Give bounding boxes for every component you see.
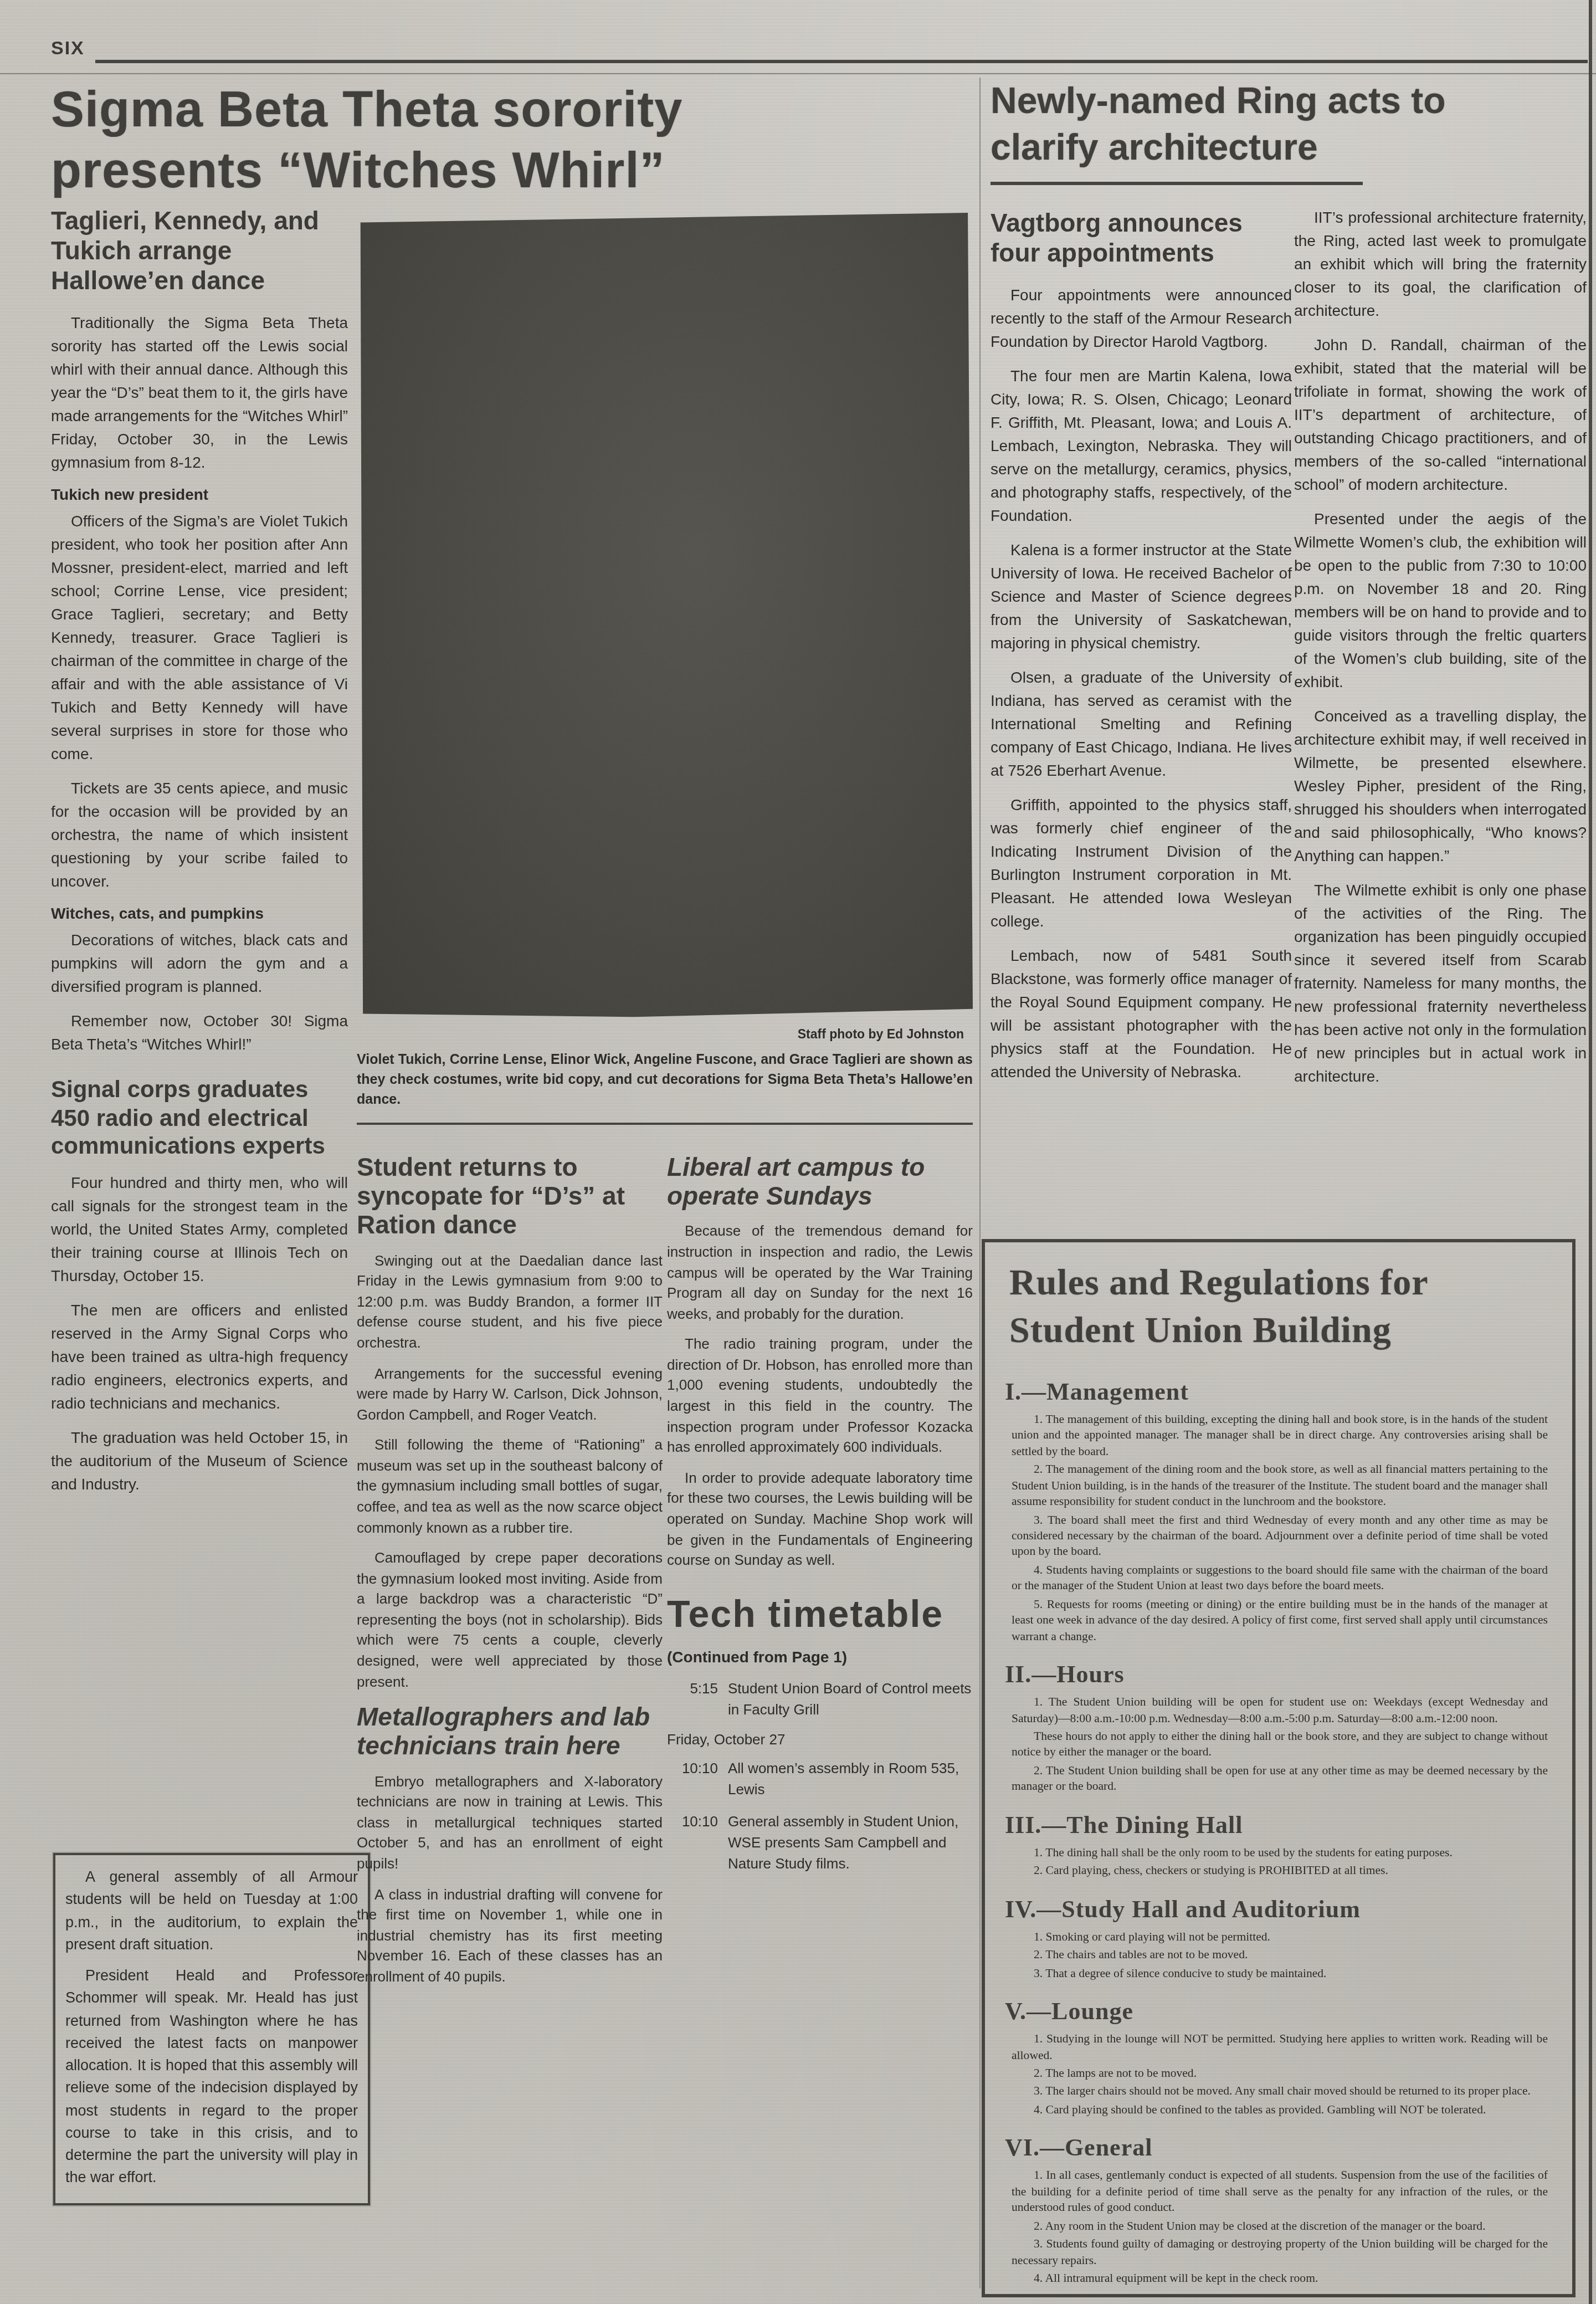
column-5: IIT’s professional architecture fraterni… bbox=[1294, 206, 1587, 1099]
lead-headline: Sigma Beta Theta sorority presents “Witc… bbox=[51, 80, 871, 202]
timetable-entry-text: All women’s assembly in Room 535, Lewis bbox=[728, 1759, 973, 1801]
page-folio: SIX bbox=[51, 38, 85, 60]
timetable-day-heading: Friday, October 27 bbox=[667, 1732, 973, 1748]
metallographers-headline: Metallographers and lab technicians trai… bbox=[357, 1702, 663, 1760]
rules-title-line1: Rules and Regulations for bbox=[1009, 1260, 1552, 1308]
assembly-notice-paragraph: A general assembly of all Armour student… bbox=[65, 1866, 358, 1956]
timetable-entry: 10:10 All women’s assembly in Room 535, … bbox=[667, 1759, 973, 1801]
rules-section-heading-hours: II.—Hours bbox=[1005, 1660, 1552, 1689]
rules-section-heading-general: VI.—General bbox=[1005, 2134, 1552, 2163]
rules-section-heading-dining-hall: III.—The Dining Hall bbox=[1005, 1811, 1552, 1840]
lead-paragraph: Traditionally the Sigma Beta Theta soror… bbox=[51, 312, 348, 475]
masthead-rule-thick bbox=[95, 60, 1588, 63]
rules-item: 4. Students having complaints or suggest… bbox=[1005, 1563, 1552, 1595]
timetable-entry-text: General assembly in Student Union, WSE p… bbox=[728, 1812, 973, 1875]
lead-paragraph: Officers of the Sigma’s are Violet Tukic… bbox=[51, 510, 348, 766]
rules-item: 2. The Student Union building shall be o… bbox=[1005, 1763, 1552, 1795]
rules-item: 1. The dining hall shall be the only roo… bbox=[1005, 1845, 1552, 1861]
rules-item: These hours do not apply to either the d… bbox=[1005, 1729, 1552, 1761]
signal-corps-headline: Signal corps graduates 450 radio and ele… bbox=[51, 1077, 348, 1160]
metallographers-paragraph: Embryo metallographers and X-laboratory … bbox=[357, 1771, 663, 1875]
timetable-entry-time: 10:10 bbox=[667, 1759, 718, 1801]
ring-paragraph: John D. Randall, chairman of the exhibit… bbox=[1294, 334, 1587, 496]
rules-item: 2. The lamps are not to be moved. bbox=[1005, 2066, 1552, 2082]
ring-paragraph: Olsen, a graduate of the University of I… bbox=[991, 667, 1292, 783]
lead-headline-line2: presents “Witches Whirl” bbox=[51, 141, 871, 202]
timetable-entry-time: 5:15 bbox=[667, 1678, 718, 1720]
ring-paragraph: Kalena is a former instructor at the Sta… bbox=[991, 539, 1292, 656]
ration-dance-paragraph: Still following the theme of “Rationing”… bbox=[357, 1436, 663, 1539]
ring-paragraph: IIT’s professional architecture fraterni… bbox=[1294, 206, 1587, 322]
rules-section-heading-study-hall: IV.—Study Hall and Auditorium bbox=[1005, 1895, 1552, 1924]
masthead-rule-thin bbox=[0, 73, 1596, 74]
rules-item: 2. The management of the dining room and… bbox=[1005, 1462, 1552, 1510]
assembly-notice-paragraph: President Heald and Professor Schommer w… bbox=[65, 1965, 358, 2189]
rules-section-heading-management: I.—Management bbox=[1005, 1378, 1552, 1406]
rules-item: 4. Card playing should be confined to th… bbox=[1005, 2102, 1552, 2118]
column-4: Vagtborg announces four appointments Fou… bbox=[991, 208, 1292, 1095]
rules-item: 3. Students found guilty of damaging or … bbox=[1005, 2236, 1552, 2269]
column-divider-rule bbox=[979, 78, 981, 2288]
signal-corps-paragraph: Four hundred and thirty men, who will ca… bbox=[51, 1171, 348, 1288]
liberal-art-headline: Liberal art campus to operate Sundays bbox=[667, 1153, 973, 1211]
timetable-entry: 5:15 Student Union Board of Control meet… bbox=[667, 1678, 973, 1720]
rules-title: Rules and Regulations for Student Union … bbox=[1009, 1260, 1552, 1355]
vagtborg-subhead: Vagtborg announces four appointments bbox=[991, 208, 1292, 269]
ring-paragraph: Presented under the aegis of the Wilmett… bbox=[1294, 508, 1587, 694]
timetable-entry-text: Student Union Board of Control meets in … bbox=[728, 1678, 973, 1720]
rules-item: 2. Any room in the Student Union may be … bbox=[1005, 2218, 1552, 2234]
rules-item: 1. The management of this building, exce… bbox=[1005, 1412, 1552, 1460]
newspaper-page: SIX Sigma Beta Theta sorority presents “… bbox=[0, 0, 1596, 2304]
photo-caption: Violet Tukich, Corrine Lense, Elinor Wic… bbox=[357, 1051, 973, 1110]
timetable-entry-time: 10:10 bbox=[667, 1812, 718, 1875]
lead-crosshead-tukich: Tukich new president bbox=[51, 486, 348, 504]
ring-paragraph: The Wilmette exhibit is only one phase o… bbox=[1294, 879, 1587, 1088]
rules-item: 3. The larger chairs should not be moved… bbox=[1005, 2084, 1552, 2100]
rules-item: 5. Requests for rooms (meeting or dining… bbox=[1005, 1597, 1552, 1645]
lead-paragraph: Remember now, October 30! Sigma Beta The… bbox=[51, 1010, 348, 1057]
lead-paragraph: Decorations of witches, black cats and p… bbox=[51, 929, 348, 999]
liberal-art-paragraph: Because of the tremendous demand for ins… bbox=[667, 1222, 973, 1325]
rules-title-line2: Student Union Building bbox=[1009, 1308, 1552, 1355]
timetable-entry: 10:10 General assembly in Student Union,… bbox=[667, 1812, 973, 1875]
metallographers-paragraph: A class in industrial drafting will conv… bbox=[357, 1885, 663, 1988]
column-1: Taglieri, Kennedy, and Tukich arrange Ha… bbox=[51, 206, 348, 1507]
rules-item: 3. That a degree of silence conducive to… bbox=[1005, 1965, 1552, 1982]
lead-paragraph: Tickets are 35 cents apiece, and music f… bbox=[51, 777, 348, 894]
tech-timetable-headline: Tech timetable bbox=[667, 1593, 973, 1636]
liberal-art-paragraph: In order to provide adequate laboratory … bbox=[667, 1468, 973, 1571]
rules-item: 1. Smoking or card playing will not be p… bbox=[1005, 1929, 1552, 1945]
photo-credit: Staff photo by Ed Johnston bbox=[357, 1028, 964, 1042]
ration-dance-headline: Student returns to syncopate for “D’s” a… bbox=[357, 1153, 663, 1240]
rules-item: 1. In all cases, gentlemanly conduct is … bbox=[1005, 2168, 1552, 2216]
column-2: Student returns to syncopate for “D’s” a… bbox=[357, 1144, 663, 1998]
signal-corps-paragraph: The men are officers and enlisted reserv… bbox=[51, 1299, 348, 1415]
ring-headline: Newly-named Ring acts to clarify archite… bbox=[991, 78, 1511, 171]
signal-corps-paragraph: The graduation was held October 15, in t… bbox=[51, 1426, 348, 1496]
rules-item: 2. The chairs and tables are not to be m… bbox=[1005, 1947, 1552, 1963]
ration-dance-paragraph: Camouflaged by crepe paper decorations t… bbox=[357, 1548, 663, 1692]
assembly-notice-box: A general assembly of all Armour student… bbox=[53, 1853, 370, 2205]
ring-headline-rule bbox=[991, 182, 1363, 185]
page-edge-line bbox=[1589, 0, 1592, 2304]
rules-item: 2. Card playing, chess, checkers or stud… bbox=[1005, 1863, 1552, 1880]
ring-paragraph: Lembach, now of 5481 South Blackstone, w… bbox=[991, 945, 1292, 1084]
ring-headline-line2: clarify architecture bbox=[991, 124, 1511, 171]
ration-dance-paragraph: Swinging out at the Daedalian dance last… bbox=[357, 1251, 663, 1354]
ring-paragraph: The four men are Martin Kalena, Iowa Cit… bbox=[991, 365, 1292, 528]
rules-item: 1. Studying in the lounge will NOT be pe… bbox=[1005, 2031, 1552, 2064]
column-3: Liberal art campus to operate Sundays Be… bbox=[667, 1144, 973, 1886]
lead-headline-line1: Sigma Beta Theta sorority bbox=[51, 80, 871, 141]
caption-rule bbox=[357, 1123, 973, 1125]
lead-subhead: Taglieri, Kennedy, and Tukich arrange Ha… bbox=[51, 206, 348, 296]
rules-section-heading-lounge: V.—Lounge bbox=[1005, 1997, 1552, 2026]
lead-crosshead-witches: Witches, cats, and pumpkins bbox=[51, 905, 348, 923]
rules-item: 3. The board shall meet the first and th… bbox=[1005, 1512, 1552, 1560]
ration-dance-paragraph: Arrangements for the successful evening … bbox=[357, 1364, 663, 1425]
ring-paragraph: Four appointments were announced recentl… bbox=[991, 284, 1292, 354]
liberal-art-paragraph: The radio training program, under the di… bbox=[667, 1335, 973, 1458]
ring-headline-line1: Newly-named Ring acts to bbox=[991, 78, 1511, 124]
rules-item: 1. The Student Union building will be op… bbox=[1005, 1694, 1552, 1727]
ring-paragraph: Griffith, appointed to the physics staff… bbox=[991, 794, 1292, 934]
tech-timetable-continued-note: (Continued from Page 1) bbox=[667, 1647, 973, 1665]
rules-regulations-box: Rules and Regulations for Student Union … bbox=[982, 1239, 1576, 2297]
rules-item: 4. All intramural equipment will be kept… bbox=[1005, 2271, 1552, 2287]
staff-photo bbox=[357, 213, 973, 1022]
ring-paragraph: Conceived as a travelling display, the a… bbox=[1294, 705, 1587, 868]
